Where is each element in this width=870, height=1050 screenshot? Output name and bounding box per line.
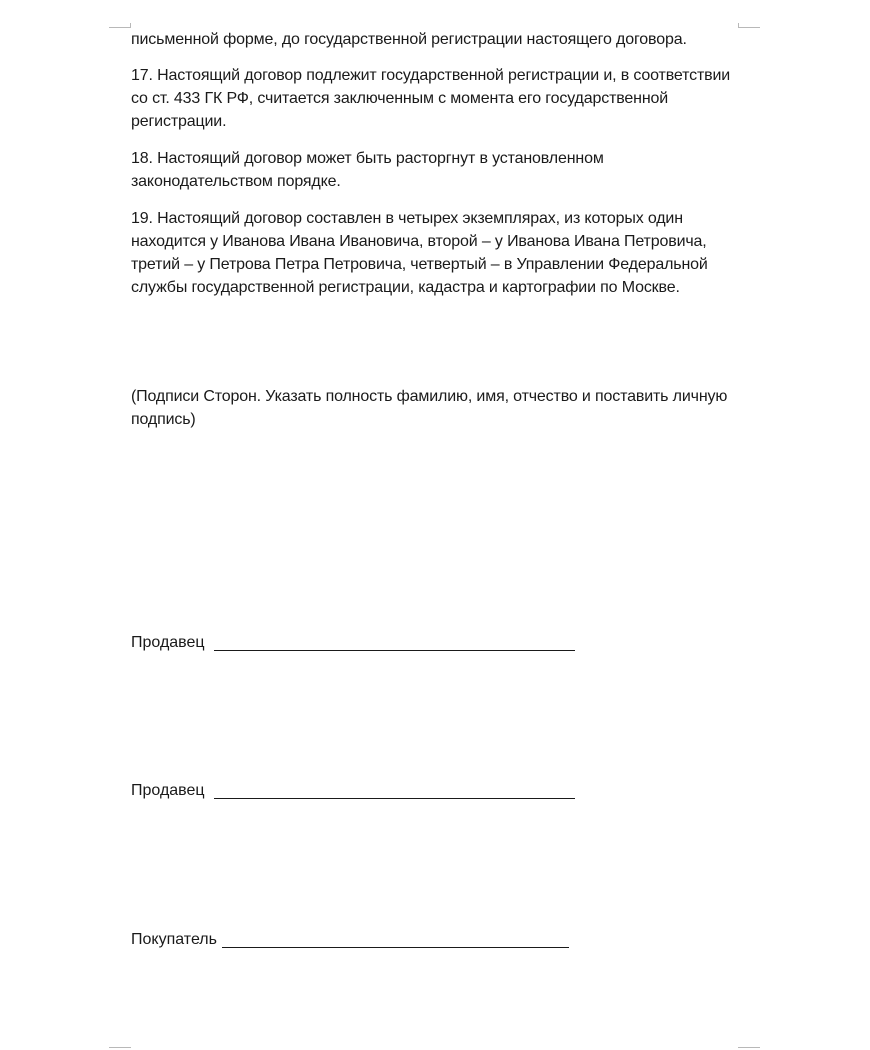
signature-label: Покупатель bbox=[131, 930, 217, 950]
page-corner-mark-bottom-right bbox=[738, 1047, 760, 1048]
signature-seller-1: Продавец bbox=[131, 633, 575, 653]
page-corner-mark-top-left bbox=[109, 27, 131, 28]
signature-line bbox=[214, 798, 575, 799]
signature-line bbox=[214, 650, 575, 651]
document-page: письменной форме, до государственной рег… bbox=[0, 0, 870, 1050]
signature-buyer: Покупатель bbox=[131, 930, 569, 950]
page-corner-mark-top-right bbox=[738, 27, 760, 28]
clause-19: 19. Настоящий договор составлен в четыре… bbox=[131, 207, 741, 299]
signature-note: (Подписи Сторон. Указать полность фамили… bbox=[131, 385, 741, 431]
clause-18: 18. Настоящий договор может быть расторг… bbox=[131, 147, 741, 193]
signature-label: Продавец bbox=[131, 781, 205, 801]
signature-seller-2: Продавец bbox=[131, 781, 575, 801]
signature-label: Продавец bbox=[131, 633, 205, 653]
page-corner-mark-bottom-left bbox=[109, 1047, 131, 1048]
signature-line bbox=[222, 947, 569, 948]
clause-17: 17. Настоящий договор подлежит государст… bbox=[131, 64, 741, 133]
continuation-paragraph: письменной форме, до государственной рег… bbox=[131, 28, 741, 51]
